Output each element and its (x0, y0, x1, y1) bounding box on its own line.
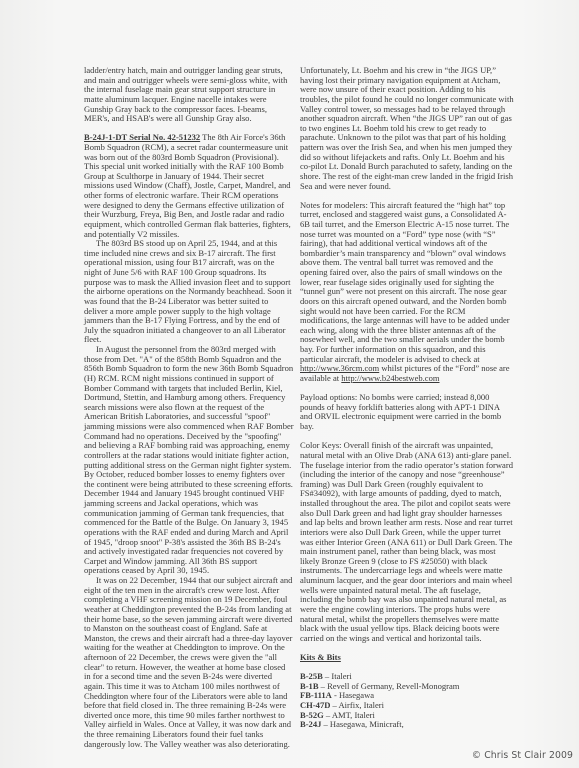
kit-name: B-1B (300, 681, 319, 691)
section-heading: B-24J-1-DT Serial No. 42-51232 (84, 132, 200, 142)
kit-item: B-24J – Hasegawa, Minicraft, (300, 720, 514, 730)
copyright-watermark: © Chris St Clair 2009 (472, 750, 573, 761)
payload-paragraph: Payload options: No bombs were carried; … (300, 393, 514, 432)
kit-makers: AMT, Italeri (332, 710, 375, 720)
kit-name: B-24J (300, 719, 321, 729)
modelers-notes-text: Notes for modelers: This aircraft featur… (300, 200, 510, 364)
kit-sep: - (332, 690, 339, 700)
intro-paragraph: ladder/entry hatch, main and outrigger l… (84, 66, 294, 124)
crash-paragraph: Unfortunately, Lt. Boehm and his crew in… (300, 66, 514, 191)
color-keys-paragraph: Color Keys: Overall finish of the aircra… (300, 441, 514, 643)
modelers-notes: Notes for modelers: This aircraft featur… (300, 201, 514, 384)
kits-title: Kits & Bits (300, 653, 514, 663)
left-column: ladder/entry hatch, main and outrigger l… (84, 66, 294, 749)
kit-makers: Italeri (331, 671, 351, 681)
kit-name: CH-47D (300, 700, 330, 710)
kit-makers: Hasegawa (339, 690, 374, 700)
link-36rcm[interactable]: http://www.36rcm.com (300, 363, 379, 373)
kit-name: B-52G (300, 710, 324, 720)
kit-name: B-25B (300, 671, 323, 681)
section-first-text: The 8th Air Force's 36th Bomb Squadron (… (84, 132, 291, 238)
section-paragraph-3: In August the personnel from the 803rd m… (84, 345, 294, 576)
section-paragraph-2: The 803rd BS stood up on April 25, 1944,… (84, 239, 294, 345)
link-b24bestweb[interactable]: http://www.b24bestweb.com (341, 373, 439, 383)
kits-list: B-25B – Italeri B-1B – Revell of Germany… (300, 672, 514, 730)
kit-makers: Airfix, Italeri (338, 700, 384, 710)
scanned-page: ladder/entry hatch, main and outrigger l… (0, 0, 579, 768)
section-paragraph-1: B-24J-1-DT Serial No. 42-51232 The 8th A… (84, 133, 294, 239)
kit-sep: – (321, 719, 330, 729)
section-paragraph-4: It was on 22 December, 1944 that our sub… (84, 576, 294, 749)
kit-makers: Revell of Germany, Revell-Monogram (327, 681, 459, 691)
kit-sep: – (324, 710, 332, 720)
kit-sep: – (319, 681, 328, 691)
right-column: Unfortunately, Lt. Boehm and his crew in… (300, 66, 514, 730)
kit-makers: Hasegawa, Minicraft, (330, 719, 404, 729)
kit-name: FB-111A (300, 690, 332, 700)
